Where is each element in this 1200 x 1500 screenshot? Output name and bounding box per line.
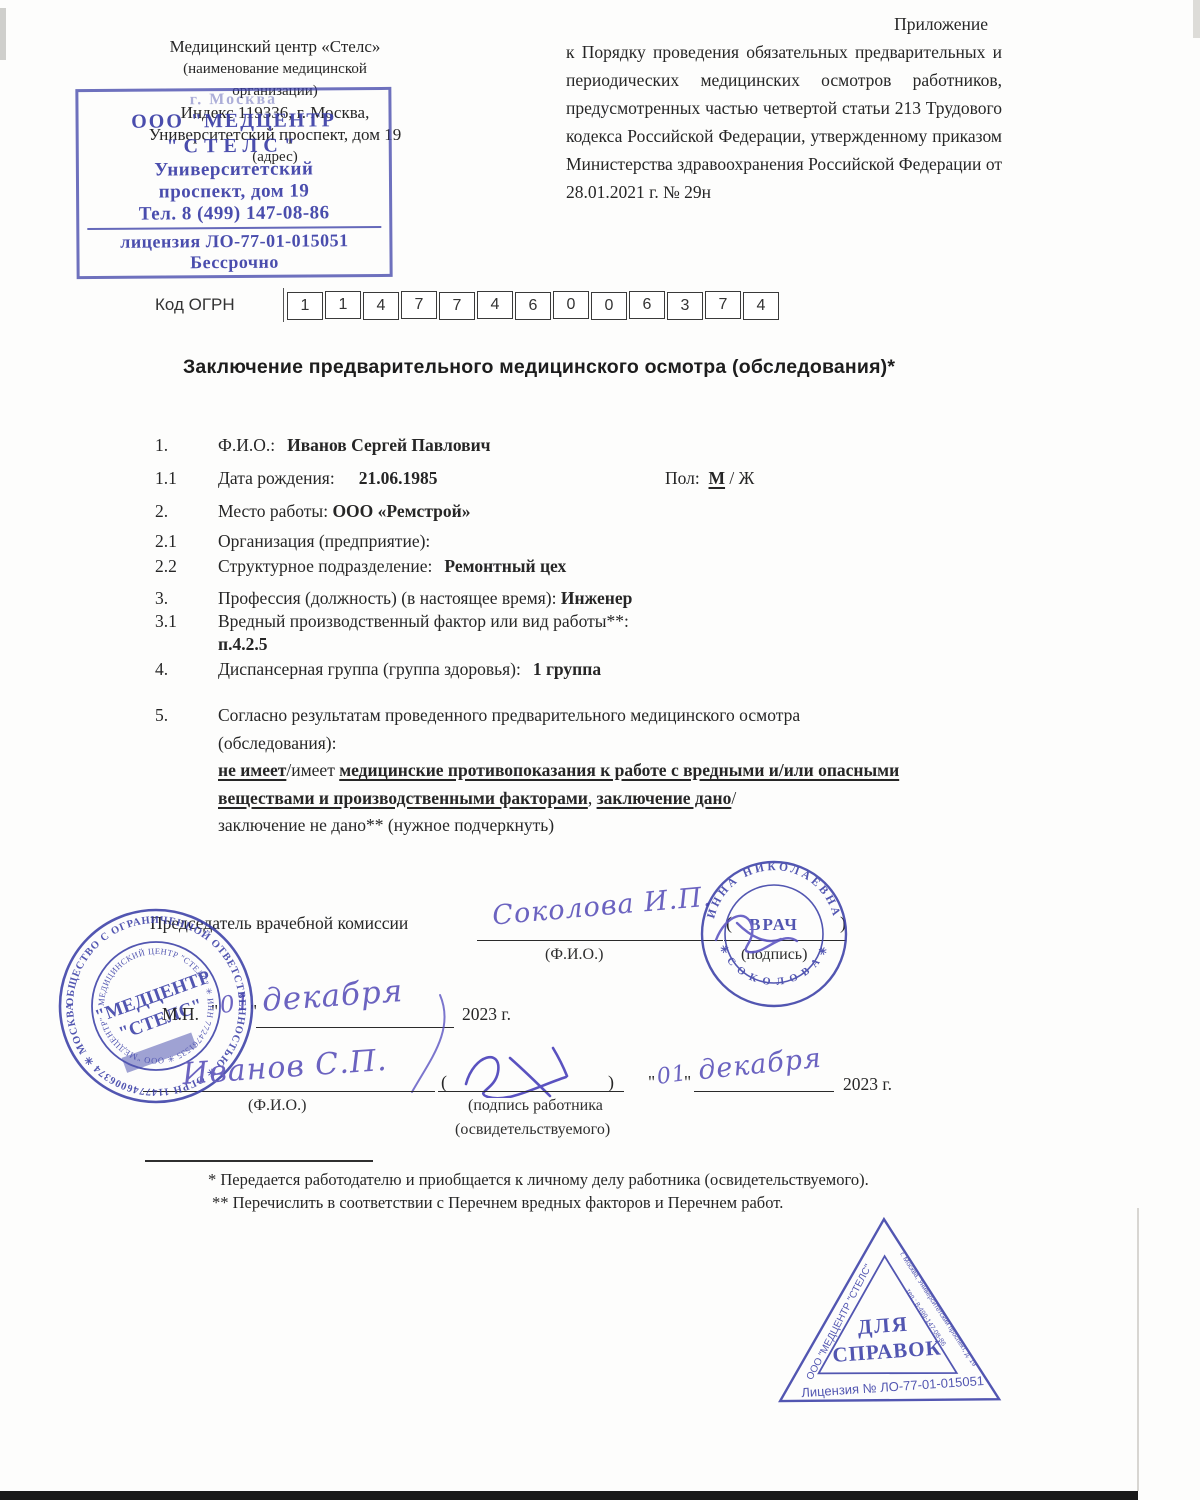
scan-artifact-corner-right <box>1193 0 1200 38</box>
stamp-city: г. Москва <box>78 90 388 110</box>
item-value: п.4.2.5 <box>218 634 267 654</box>
stamp-org-line2: "СТЕЛС" <box>79 133 389 160</box>
form-item-conclusion: 5. Согласно результатам проведенного пре… <box>155 702 930 840</box>
triangle-stamp-license: Лицензия № ЛО-77-01-015051 <box>801 1373 985 1400</box>
item-body: Профессия (должность) (в настоящее время… <box>218 586 632 610</box>
triangle-stamp: ДЛЯ СПРАВОК Лицензия № ЛО-77-01-015051 О… <box>770 1204 1024 1468</box>
form-item-subdivision: 2.2 Структурное подразделение:Ремонтный … <box>155 554 930 578</box>
item-label: Вредный производственный фактор или вид … <box>218 611 629 631</box>
clinic-name: Медицинский центр «Стелс» <box>80 36 470 58</box>
svg-text:Лицензия № ЛО-77-01-015051: Лицензия № ЛО-77-01-015051 <box>801 1373 985 1400</box>
conclusion-intro: Согласно результатам проведенного предва… <box>218 705 800 725</box>
ogrn-cell: 7 <box>401 291 437 319</box>
scan-artifact-corner-left <box>0 8 6 60</box>
form-item-profession: 3. Профессия (должность) (в настоящее вр… <box>155 586 930 610</box>
appendix-word: Приложение <box>566 10 1002 38</box>
scan-artifact-bottom-bar <box>0 1491 1138 1500</box>
ogrn-tick <box>283 288 284 322</box>
item-value: 21.06.1985 <box>359 468 438 488</box>
conclusion-slash: / <box>731 788 736 808</box>
item-label: Структурное подразделение: <box>218 556 432 576</box>
worker-sign-line <box>438 1091 624 1092</box>
ogrn-cell: 6 <box>515 292 551 320</box>
item-label: Ф.И.О.: <box>218 435 275 455</box>
stamp-house: проспект, дом 19 <box>79 180 389 204</box>
svg-text:✳ С О К О Л О В А ✳: ✳ С О К О Л О В А ✳ <box>717 943 832 988</box>
form-title: Заключение предварительного медицинского… <box>183 356 895 379</box>
item-value: Иванов Сергей Павлович <box>287 435 490 455</box>
sex-label: Пол: <box>665 468 700 488</box>
worker-quote-open: " <box>648 1072 655 1093</box>
worker-paren-close: ) <box>608 1072 614 1093</box>
conclusion-given: заключение дано <box>597 788 732 808</box>
item-label: Место работы: <box>218 501 328 521</box>
item-value: Инженер <box>561 588 633 608</box>
footnote-separator <box>145 1160 373 1162</box>
conclusion-not-has: не имеет <box>218 760 286 780</box>
worker-sign-label1: (подпись работника <box>468 1097 603 1115</box>
doctor-stamp-name-arc: ИННА НИКОЛАЕВНА <box>705 861 842 920</box>
item-label: Профессия (должность) (в настоящее время… <box>218 588 556 608</box>
ogrn-cell: 0 <box>553 291 589 319</box>
stamp-street: Университетский <box>79 158 389 182</box>
item-body: Дата рождения:21.06.1985 <box>218 466 437 490</box>
form-items: 1. Ф.И.О.:Иванов Сергей Павлович 1.1 Дат… <box>155 433 930 840</box>
ogrn-cell: 7 <box>705 291 741 319</box>
chairman-fio-label: (Ф.И.О.) <box>545 946 603 964</box>
item-label: Организация (предприятие): <box>218 529 430 553</box>
appendix-body: к Порядку проведения обязательных предва… <box>566 38 1002 206</box>
conclusion-intro2: (обследования): <box>218 733 336 753</box>
ogrn-cell: 4 <box>477 291 513 319</box>
item-value: 1 группа <box>533 659 601 679</box>
ogrn-cells: 1 1 4 7 7 4 6 0 0 6 3 7 4 <box>287 291 779 319</box>
ogrn-cell: 4 <box>743 292 779 320</box>
triangle-stamp-line1: ДЛЯ <box>857 1312 910 1340</box>
ogrn-label: Код ОГРН <box>155 295 283 315</box>
item-number: 2.1 <box>155 529 218 553</box>
form-item-hazard-factor: 3.1 Вредный производственный фактор или … <box>155 610 930 656</box>
item-number: 1.1 <box>155 466 218 490</box>
clinic-name-sub: (наименование медицинской <box>80 58 470 80</box>
stamp-license: лицензия ЛО-77-01-015051 <box>79 230 389 253</box>
sex-field: Пол: М / Ж <box>665 466 754 490</box>
ogrn-cell: 3 <box>667 292 703 320</box>
stamp-validity: Бессрочно <box>79 251 389 274</box>
form-item-birthdate: 1.1 Дата рождения:21.06.1985 Пол: М / Ж <box>155 466 930 490</box>
ogrn-row: Код ОГРН 1 1 4 7 7 4 6 0 0 6 3 7 4 <box>155 288 779 322</box>
worker-year: 2023 г. <box>843 1074 892 1095</box>
worker-month-line <box>694 1091 834 1092</box>
sex-male: М <box>709 468 726 488</box>
form-item-workplace: 2. Место работы: ООО «Ремстрой» <box>155 499 930 523</box>
form-item-health-group: 4. Диспансерная группа (группа здоровья)… <box>155 657 930 681</box>
item-label: Диспансерная группа (группа здоровья): <box>218 659 521 679</box>
ogrn-cell: 1 <box>287 292 323 320</box>
worker-quote-close: " <box>684 1072 691 1093</box>
item-number: 3.1 <box>155 610 218 633</box>
doctor-round-stamp: ИННА НИКОЛАЕВНА ✳ С О К О Л О В А ✳ ВРАЧ <box>698 858 850 1010</box>
doctor-stamp-center: ВРАЧ <box>749 915 799 934</box>
form-item-organization: 2.1 Организация (предприятие): <box>155 529 930 553</box>
scan-artifact-edge-line <box>1137 1208 1139 1491</box>
item-body: Место работы: ООО «Ремстрой» <box>218 499 470 523</box>
ink-flourish <box>400 990 460 1100</box>
chairman-name-handwritten: Соколова И.П. <box>491 881 713 931</box>
form-item-fio: 1. Ф.И.О.:Иванов Сергей Павлович <box>155 433 930 457</box>
item-value: ООО «Ремстрой» <box>332 501 470 521</box>
document-page: Медицинский центр «Стелс» (наименование … <box>0 0 1200 1500</box>
item-number: 2.2 <box>155 554 218 578</box>
item-number: 5. <box>155 703 218 727</box>
clinic-rect-stamp: г. Москва ООО "МЕДЦЕНТР "СТЕЛС" Универси… <box>75 87 392 279</box>
item-body: Диспансерная группа (группа здоровья):1 … <box>218 657 601 681</box>
item-body: Ф.И.О.:Иванов Сергей Павлович <box>218 433 491 457</box>
ogrn-cell: 7 <box>439 292 475 320</box>
mp-year: 2023 г. <box>462 1004 511 1025</box>
worker-paren-open: ( <box>441 1072 447 1093</box>
ogrn-cell: 6 <box>629 291 665 319</box>
worker-month-handwritten: декабря <box>697 1043 824 1087</box>
appendix-note: Приложение к Порядку проведения обязател… <box>566 10 1002 206</box>
worker-sign-label2: (освидетельствуемого) <box>455 1121 610 1139</box>
ogrn-cell: 0 <box>591 292 627 320</box>
item-value: Ремонтный цех <box>444 556 566 576</box>
conclusion-has: /имеет <box>286 760 339 780</box>
item-number: 4. <box>155 657 218 681</box>
item-number: 2. <box>155 499 218 523</box>
conclusion-comma: , <box>588 788 597 808</box>
sex-female: / Ж <box>725 468 754 488</box>
mp-month-handwritten: декабря <box>261 973 404 1019</box>
stamp-org-line1: ООО "МЕДЦЕНТР <box>78 108 388 135</box>
item-number: 3. <box>155 586 218 610</box>
conclusion-body: Согласно результатам проведенного предва… <box>218 702 930 840</box>
triangle-stamp-line2: СПРАВОК <box>832 1335 943 1367</box>
item-body: Вредный производственный фактор или вид … <box>218 610 629 656</box>
footnote-1: * Передается работодателю и приобщается … <box>208 1170 1058 1190</box>
ogrn-cell: 4 <box>363 292 399 320</box>
conclusion-not-given: заключение не дано** (нужное подчеркнуть… <box>218 815 554 835</box>
chairman-name-line <box>477 940 723 941</box>
svg-text:ИННА НИКОЛАЕВНА: ИННА НИКОЛАЕВНА <box>705 861 842 920</box>
worker-signature-stroke <box>458 1040 598 1098</box>
item-body: Структурное подразделение:Ремонтный цех <box>218 554 566 578</box>
stamp-phone: Тел. 8 (499) 147-08-86 <box>79 202 389 226</box>
item-number: 1. <box>155 433 218 457</box>
doctor-stamp-surname-arc: ✳ С О К О Л О В А ✳ <box>717 943 832 988</box>
mp-label: М.П. <box>162 1004 199 1025</box>
ogrn-cell: 1 <box>325 291 361 319</box>
item-label: Дата рождения: <box>218 468 335 488</box>
